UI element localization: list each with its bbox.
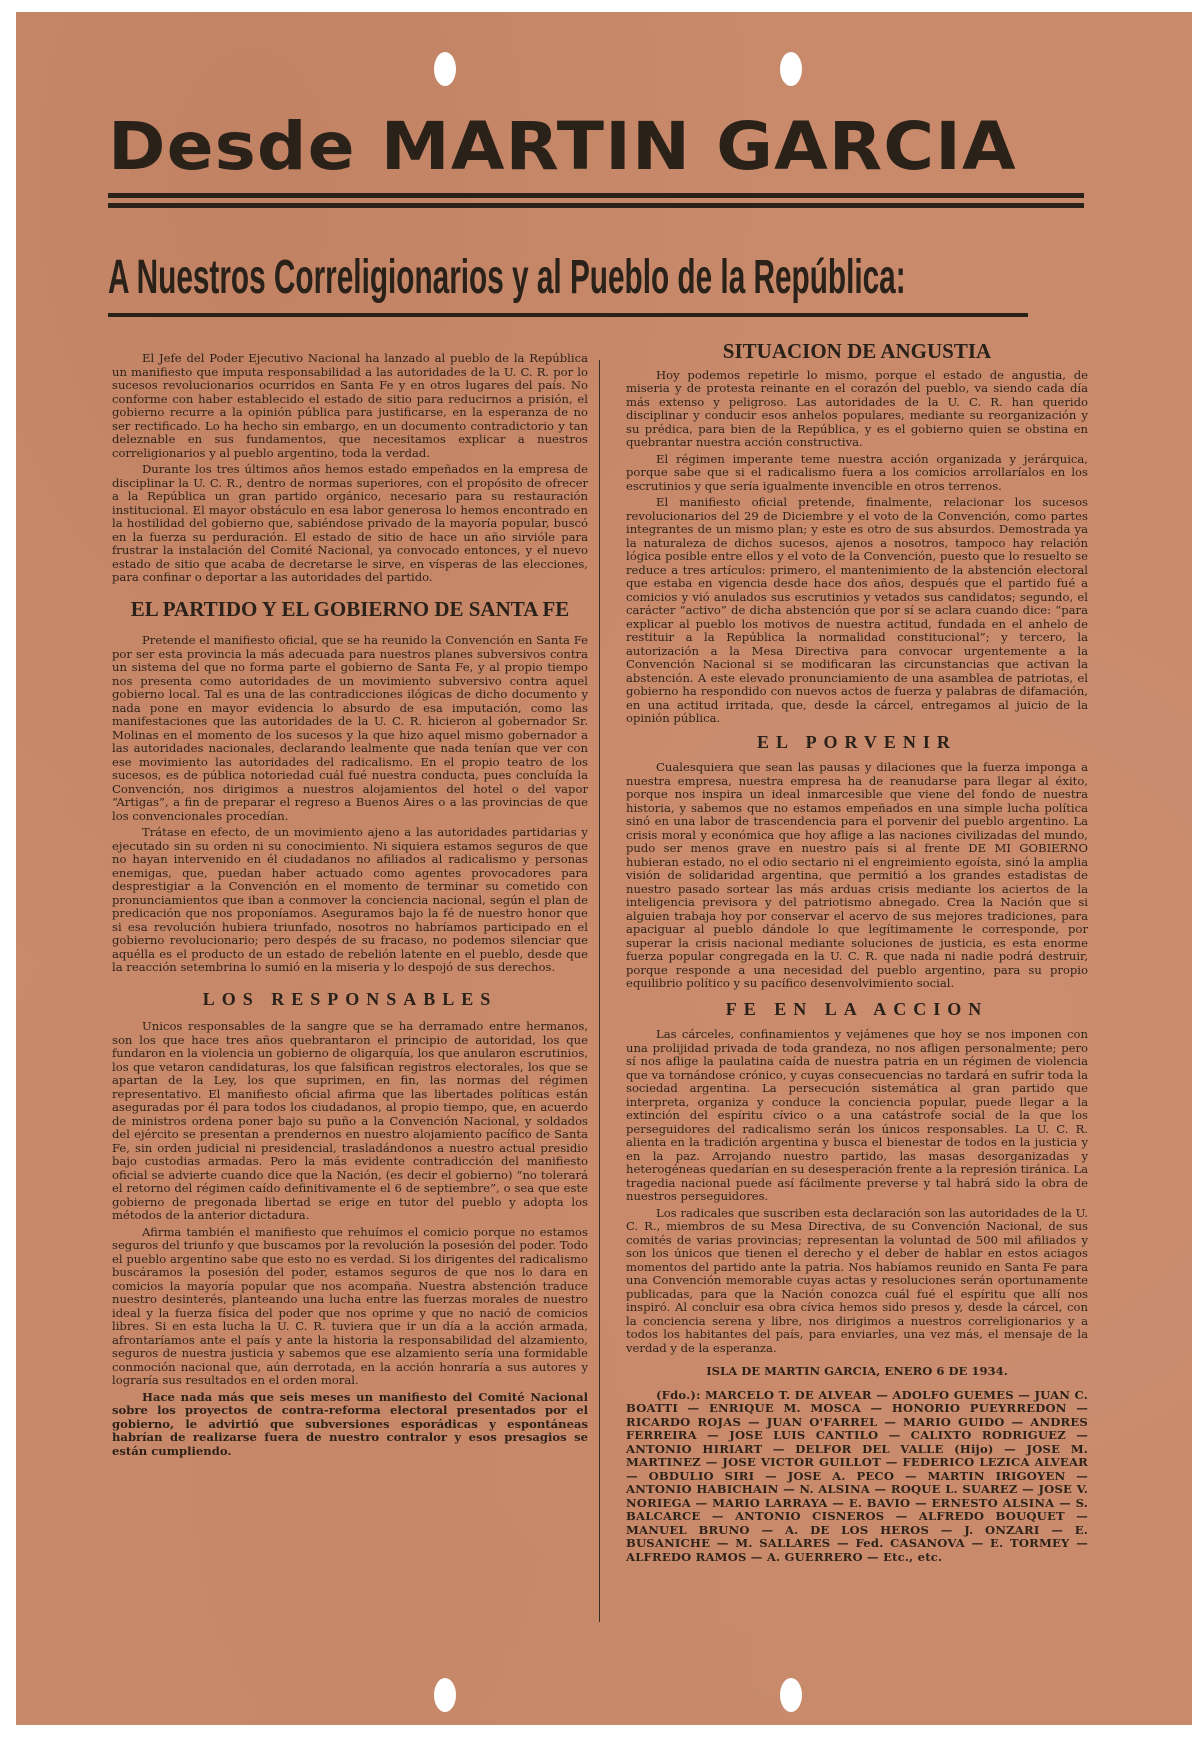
signatures-list: (Fdo.): MARCELO T. DE ALVEAR — ADOLFO GU… (626, 1389, 1088, 1565)
punch-hole (434, 1678, 456, 1712)
section-paragraph: Los radicales que suscriben esta declara… (626, 1207, 1088, 1356)
section-heading-fe: FE EN LA ACCION (626, 1003, 1088, 1017)
section-paragraph: El régimen imperante teme nuestra acción… (626, 453, 1088, 494)
column-divider (599, 360, 600, 1622)
section-heading-angustia: SITUACION DE ANGUSTIA (626, 345, 1088, 359)
section-heading-porvenir: EL PORVENIR (626, 736, 1088, 750)
title-rule-top (108, 193, 1084, 198)
left-column: El Jefe del Poder Ejecutivo Nacional ha … (112, 352, 588, 1461)
section-heading-partido: EL PARTIDO Y EL GOBIERNO DE SANTA FE (112, 603, 588, 617)
section-paragraph: Unicos responsables de la sangre que se … (112, 1020, 588, 1223)
place-date: ISLA DE MARTIN GARCIA, ENERO 6 DE 1934. (626, 1365, 1088, 1379)
section-paragraph: Hace nada más que seis meses un manifies… (112, 1391, 588, 1459)
section-heading-responsables: LOS RESPONSABLES (112, 993, 588, 1007)
document-title: Desde MARTIN GARCIA (108, 108, 1137, 185)
section-paragraph: El manifiesto oficial pretende, finalmen… (626, 496, 1088, 726)
section-paragraph: Hoy podemos repetirle lo mismo, porque e… (626, 369, 1088, 450)
subtitle-rule (108, 313, 1028, 317)
section-paragraph: Cualesquiera que sean las pausas y dilac… (626, 761, 1088, 991)
document-subtitle: A Nuestros Correligionarios y al Pueblo … (108, 250, 906, 305)
intro-paragraph: Durante los tres últimos años hemos esta… (112, 463, 588, 585)
section-paragraph: Las cárceles, confinamientos y vejámenes… (626, 1028, 1088, 1204)
title-rule-bottom (108, 203, 1084, 208)
punch-hole (780, 1678, 802, 1712)
section-paragraph: Pretende el manifiesto oficial, que se h… (112, 634, 588, 823)
section-paragraph: Trátase en efecto, de un movimiento ajen… (112, 826, 588, 975)
section-paragraph: Afirma también el manifiesto que rehuímo… (112, 1226, 588, 1388)
right-column: SITUACION DE ANGUSTIA Hoy podemos repeti… (626, 345, 1088, 1567)
intro-paragraph: El Jefe del Poder Ejecutivo Nacional ha … (112, 352, 588, 460)
punch-hole (434, 52, 456, 86)
punch-hole (780, 52, 802, 86)
